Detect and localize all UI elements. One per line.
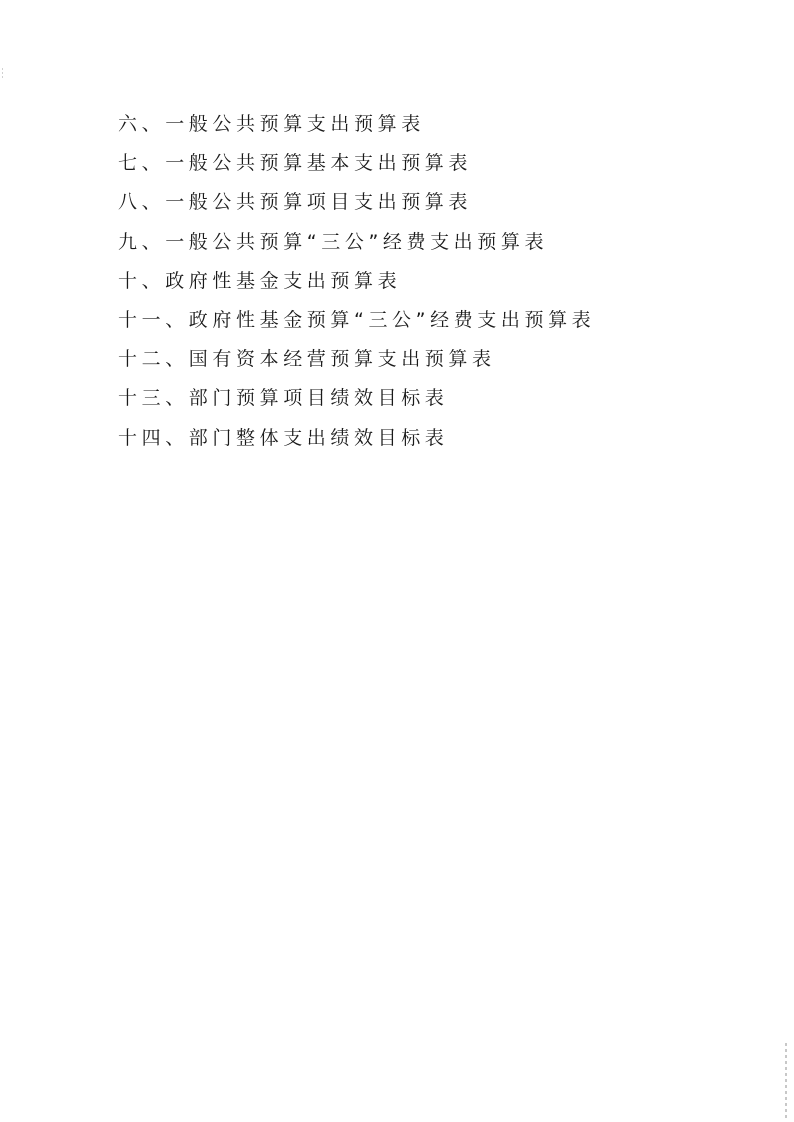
toc-item: 十三、部门预算项目绩效目标表: [118, 383, 595, 422]
document-page: 六、一般公共预算支出预算表 七、一般公共预算基本支出预算表 八、一般公共预算项目…: [0, 0, 794, 1122]
toc-item: 十一、政府性基金预算“三公”经费支出预算表: [118, 305, 595, 344]
toc-item: 八、一般公共预算项目支出预算表: [118, 187, 595, 226]
scan-edge-mark: [2, 66, 3, 78]
scan-edge-mark: [785, 1040, 787, 1120]
toc-item: 七、一般公共预算基本支出预算表: [118, 148, 595, 187]
toc-item: 十四、部门整体支出绩效目标表: [118, 423, 595, 462]
toc-item: 十、政府性基金支出预算表: [118, 266, 595, 305]
toc-item: 十二、国有资本经营预算支出预算表: [118, 344, 595, 383]
toc-item: 九、一般公共预算“三公”经费支出预算表: [118, 227, 595, 266]
table-of-contents: 六、一般公共预算支出预算表 七、一般公共预算基本支出预算表 八、一般公共预算项目…: [118, 109, 595, 462]
toc-item: 六、一般公共预算支出预算表: [118, 109, 595, 148]
